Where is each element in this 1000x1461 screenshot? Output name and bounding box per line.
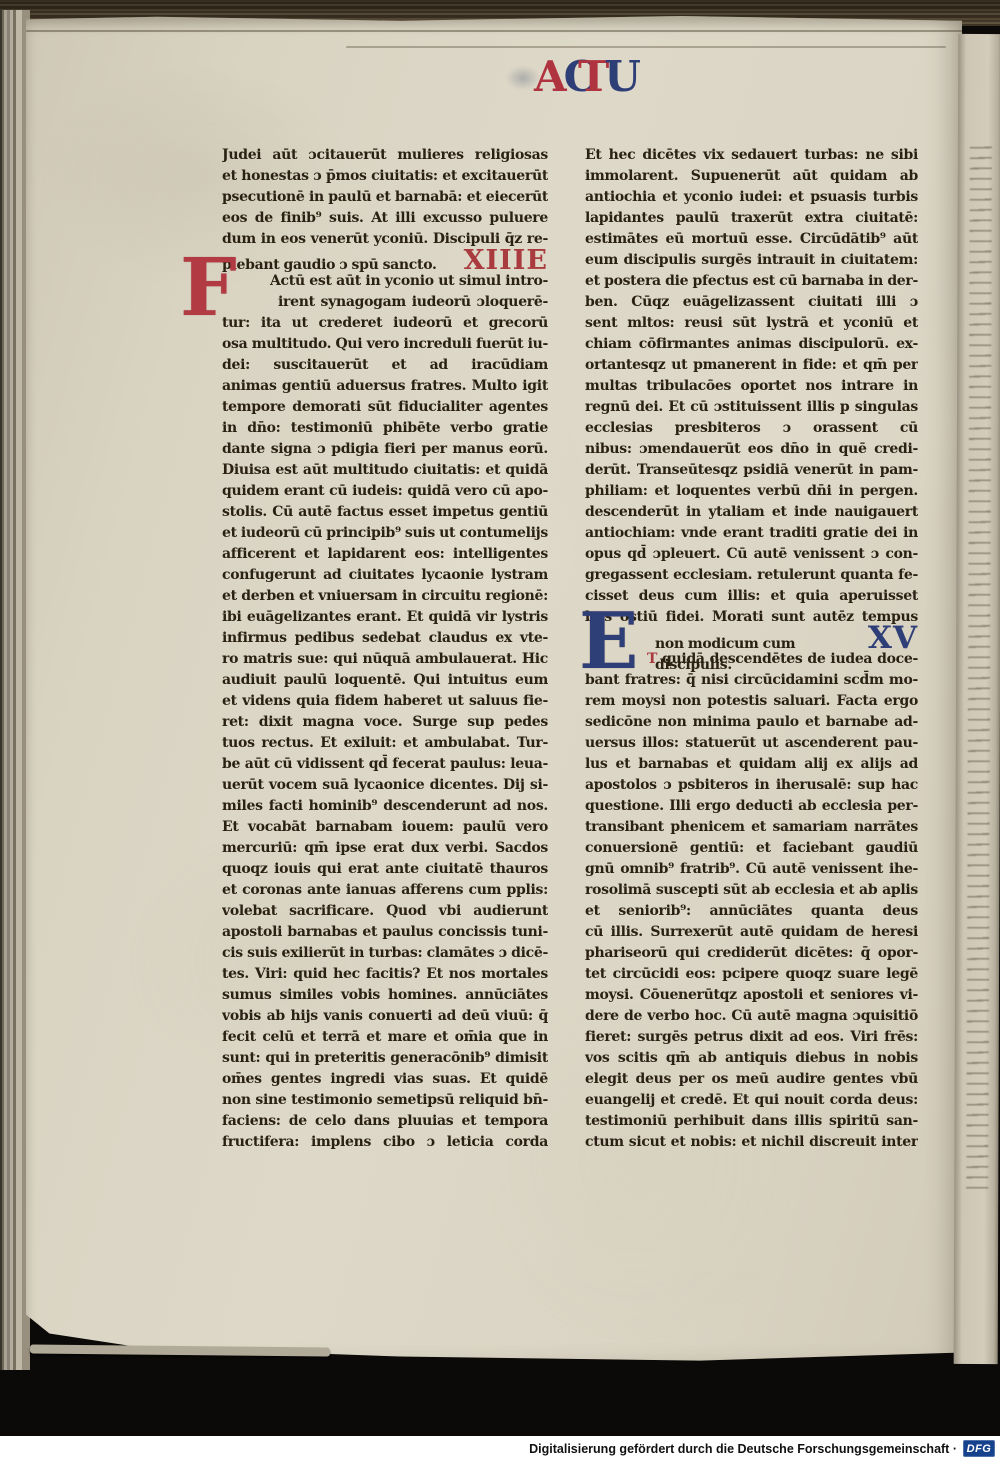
text-line: et coronas ante ianuas afferens cum ppli…: [222, 880, 548, 901]
text-line: regnū dei. Et cū ɔstituissent illis p si…: [585, 397, 918, 418]
text-line: opus qd̄ ɔpleuert. Cū autē venissent ɔ c…: [585, 544, 918, 565]
text-line: et derben et vniuersam in circuitu regio…: [222, 586, 548, 607]
text-line: sedicōne non minima paulo et barnabe ad-: [585, 712, 918, 733]
text-line: antiochiam: vnde erant traditi gratie de…: [585, 523, 918, 544]
text-line: infirmus pedibus sedebat claudus ex vte-: [222, 628, 548, 649]
chapter-numeral: XV: [868, 628, 918, 649]
credit-bar: Digitalisierung gefördert durch die Deut…: [0, 1436, 1000, 1461]
drop-cap-initial: E: [579, 610, 638, 674]
text-line: et postera die pfectus est cū barnaba in…: [585, 271, 918, 292]
text-line: chiam cōfirmantes animas discipulorū. ex…: [585, 334, 918, 355]
text-line: multas tribulacōes oportet nos intrare i…: [585, 376, 918, 397]
text-line: ctum sicut et nobis: et nichil discreuit…: [585, 1132, 918, 1153]
dfg-logo: DFG: [963, 1440, 995, 1457]
text-line: psecutionē in paulū et barnabā: et eiece…: [222, 187, 548, 208]
text-line: conuersionē gentiū: et faciebant gaudiū …: [585, 838, 918, 859]
text-line: ortantesqz ut pmanerent in fide: et qm̄ …: [585, 355, 918, 376]
text-line: dere de verbo hoc. Cū autē magna ɔquisit…: [585, 1006, 918, 1027]
adjacent-page-edge: [954, 34, 1000, 1364]
text-line: et honestas ɔ p̄mos ciuitatis: et excita…: [222, 166, 548, 187]
title-letter: U: [604, 56, 641, 98]
text-line: ecclesias presbiteros ɔ orassent cū ieiu…: [585, 418, 918, 439]
text-line: uerūt vocem suā lycaonice dicentes. Dij …: [222, 775, 548, 796]
text-line: transibant phenicem et samariam narrātes: [585, 817, 918, 838]
text-line: quoqz iouis qui erat ante ciuitatē thaur…: [222, 859, 548, 880]
text-line: lus et barnabas et quidam alij ex alijs …: [585, 754, 918, 775]
text-line: be aūt cū vidissent qd̄ fecerat paulus: …: [222, 754, 548, 775]
text-line: rosolimā suscepti sūt ab ecclesia et ab …: [585, 880, 918, 901]
adjacent-page-text-marks: [966, 144, 992, 1194]
rubricated-capital: T: [647, 651, 657, 667]
text-line: gregassent ecclesiam. retulerunt quanta …: [585, 565, 918, 586]
text-line: ro matris sue: qui nūquā ambulauerat. Hi…: [222, 649, 548, 670]
text-line: mercuriū: qm̄ ipse erat dux verbi. Sacdo…: [222, 838, 548, 859]
text-line: in dn̄o: testimoniū phibēte verbo gratie…: [222, 418, 548, 439]
text-line: sumus similes vobis homines. annūciātes: [222, 985, 548, 1006]
text-line: sent mltos: reusi sūt lystrā et yconiū e…: [585, 313, 918, 334]
text-line: animas gentiū aduersus fratres. Multo ig…: [222, 376, 548, 397]
text-line: fructifera: implens cibo ɔ leticia corda…: [222, 1132, 548, 1153]
text-line: euangelij et credē. Et qui nouit corda d…: [585, 1090, 918, 1111]
text-line: apostoli barnabas et paulus concissis tu…: [222, 922, 548, 943]
text-line: afficerent et lapidarent eos: intelligen…: [222, 544, 548, 565]
text-line: osa multitudo. Qui vero increduli fuerūt…: [222, 334, 548, 355]
text-line: tes. Viri: quid hec facitis? Et nos mort…: [222, 964, 548, 985]
text-line: Diuisa est aūt multitudo ciuitatis: et q…: [222, 460, 548, 481]
text-line: dei: suscitauerūt et ad iracūdiam ɔcitau…: [222, 355, 548, 376]
text-line: et videns quia fidem haberet ut saluus f…: [222, 691, 548, 712]
text-line: tur: ita ut crederet iudeorū et grecorū …: [222, 313, 548, 334]
text-line: fecit celū et terrā et mare et om̄ia que…: [222, 1027, 548, 1048]
text-line: plebant gaudio ɔ spū sancto.XIIIE: [222, 250, 548, 271]
text-line: gnū omnib⁹ fratrib⁹. Cū autē venissent i…: [585, 859, 918, 880]
right-text-column: Et hec dicētes vix sedauert turbas: ne s…: [585, 145, 918, 1153]
text-line: uersus illos: statuerūt ut ascenderent p…: [585, 733, 918, 754]
text-line: testimoniū perhibuit dans illis spiritū …: [585, 1111, 918, 1132]
text-line: Actū est aūt in yconio ut simul intro-: [222, 271, 548, 292]
text-line: philiam: et loquentes verbū dn̄i in perg…: [585, 481, 918, 502]
text-line: vos scitis qm̄ ab antiquis diebus in nob…: [585, 1048, 918, 1069]
text-line: stolis. Cū autē factus esset impetus gen…: [222, 502, 548, 523]
text-line: moysi. Cōuenerūtqz apostoli et seniores …: [585, 985, 918, 1006]
drop-cap-initial: F: [180, 255, 237, 321]
page-crease: [26, 30, 962, 32]
page-crease: [346, 46, 946, 48]
under-page-edge: [30, 1344, 330, 1356]
text-line: non sine testimonio semetipsū reliquid b…: [222, 1090, 548, 1111]
text-line: Et vocabāt barnabam iouem: paulū vero: [222, 817, 548, 838]
text-line: om̄es gentes ingredi vias suas. Et quidē: [222, 1069, 548, 1090]
text-line: elegit deus per os meū audire gentes vbū: [585, 1069, 918, 1090]
text-line: audiuit paulū loquentē. Qui intuitus eum: [222, 670, 548, 691]
text-line: dante signa ɔ pdigia fieri per manus eor…: [222, 439, 548, 460]
left-text-column: Judei aūt ɔcitauerūt mulieres religiosas…: [222, 145, 548, 1153]
text-line: fieret: surgēs petrus dixit ad eos. Viri…: [585, 1027, 918, 1048]
text-line: cū illis. Surrexerūt autē quidam de here…: [585, 922, 918, 943]
text-line: questione. Illi ergo deducti ab ecclesia…: [585, 796, 918, 817]
text-line: ret: dixit magna voce. Surge sup pedes: [222, 712, 548, 733]
text-line: ibi euāgelizantes erant. Et quidā vir ly…: [222, 607, 548, 628]
text-line: Et hec dicētes vix sedauert turbas: ne s…: [585, 145, 918, 166]
text-line: ben. Cūqz euāgelizassent ciuitati illi ɔ…: [585, 292, 918, 313]
text-line: Judei aūt ɔcitauerūt mulieres religiosas: [222, 145, 548, 166]
text-line: confugerunt ad ciuitates lycaonie lystra…: [222, 565, 548, 586]
text-line: et iudeorū cū principib⁹ suis ut contume…: [222, 523, 548, 544]
text-line: estimātes eū mortuū esse. Circūdātib⁹ aū…: [585, 229, 918, 250]
title-letter: A: [534, 56, 567, 98]
text-line: tet circūcidi eos: pcipere quoqz suare l…: [585, 964, 918, 985]
text-line: lapidantes paulū traxerūt extra ciuitatē…: [585, 208, 918, 229]
running-title: ACTU: [534, 56, 641, 98]
text-line: cis suis exilierūt in turbas: clamātes ɔ…: [222, 943, 548, 964]
text-line: vobis ab hijs vanis conuerti ad deū viuū…: [222, 1006, 548, 1027]
text-line: quidem erant cū iudeis: quidā vero cū ap…: [222, 481, 548, 502]
text-line: immolarent. Supuenerūt aūt quidam ab: [585, 166, 918, 187]
chapter-numeral: XIIIE: [464, 250, 548, 271]
credit-text: Digitalisierung gefördert durch die Deut…: [529, 1442, 957, 1456]
text-line: tempore demorati sūt fiducialiter agente…: [222, 397, 548, 418]
text-line: eos de finib⁹ suis. At illi excusso pulu…: [222, 208, 548, 229]
text-line: irent synagogam iudeorū ɔloquerē-: [222, 292, 548, 313]
text-line: antiochia et yconio iudei: et psuasis tu…: [585, 187, 918, 208]
text-line: eum discipulis surgēs intrauit in ciuita…: [585, 250, 918, 271]
text-line: phariseorū qui crediderūt dicētes: q̄ op…: [585, 943, 918, 964]
text-line: miles facti hominib⁹ descenderunt ad nos…: [222, 796, 548, 817]
text-line: rem moysi non potestis saluari. Facta er…: [585, 691, 918, 712]
text-line: derūt. Transeūtesqz psidiā venerūt in pa…: [585, 460, 918, 481]
text-line: volebat sacrificare. Quod vbi audierunt: [222, 901, 548, 922]
text-line: nibus: ɔmendauerūt eos dn̄o in quē credi…: [585, 439, 918, 460]
scan-background: ACTU Judei aūt ɔcitauerūt mulieres relig…: [0, 0, 1000, 1461]
text-line: sunt: qui in preteritis generacōnib⁹ dim…: [222, 1048, 548, 1069]
text-line: apostolos ɔ psbiteros in iherusalē: sup …: [585, 775, 918, 796]
book-left-page-edges: [0, 10, 30, 1370]
text-line: descenderūt in ytaliam et inde nauigauer…: [585, 502, 918, 523]
manuscript-page: ACTU Judei aūt ɔcitauerūt mulieres relig…: [26, 14, 962, 1366]
text-line: et seniorib⁹: annūciātes quanta deus fec…: [585, 901, 918, 922]
text-line: faciens: de celo dans pluuias et tempora: [222, 1111, 548, 1132]
text-line: tuos rectus. Et exiluit: et ambulabat. T…: [222, 733, 548, 754]
